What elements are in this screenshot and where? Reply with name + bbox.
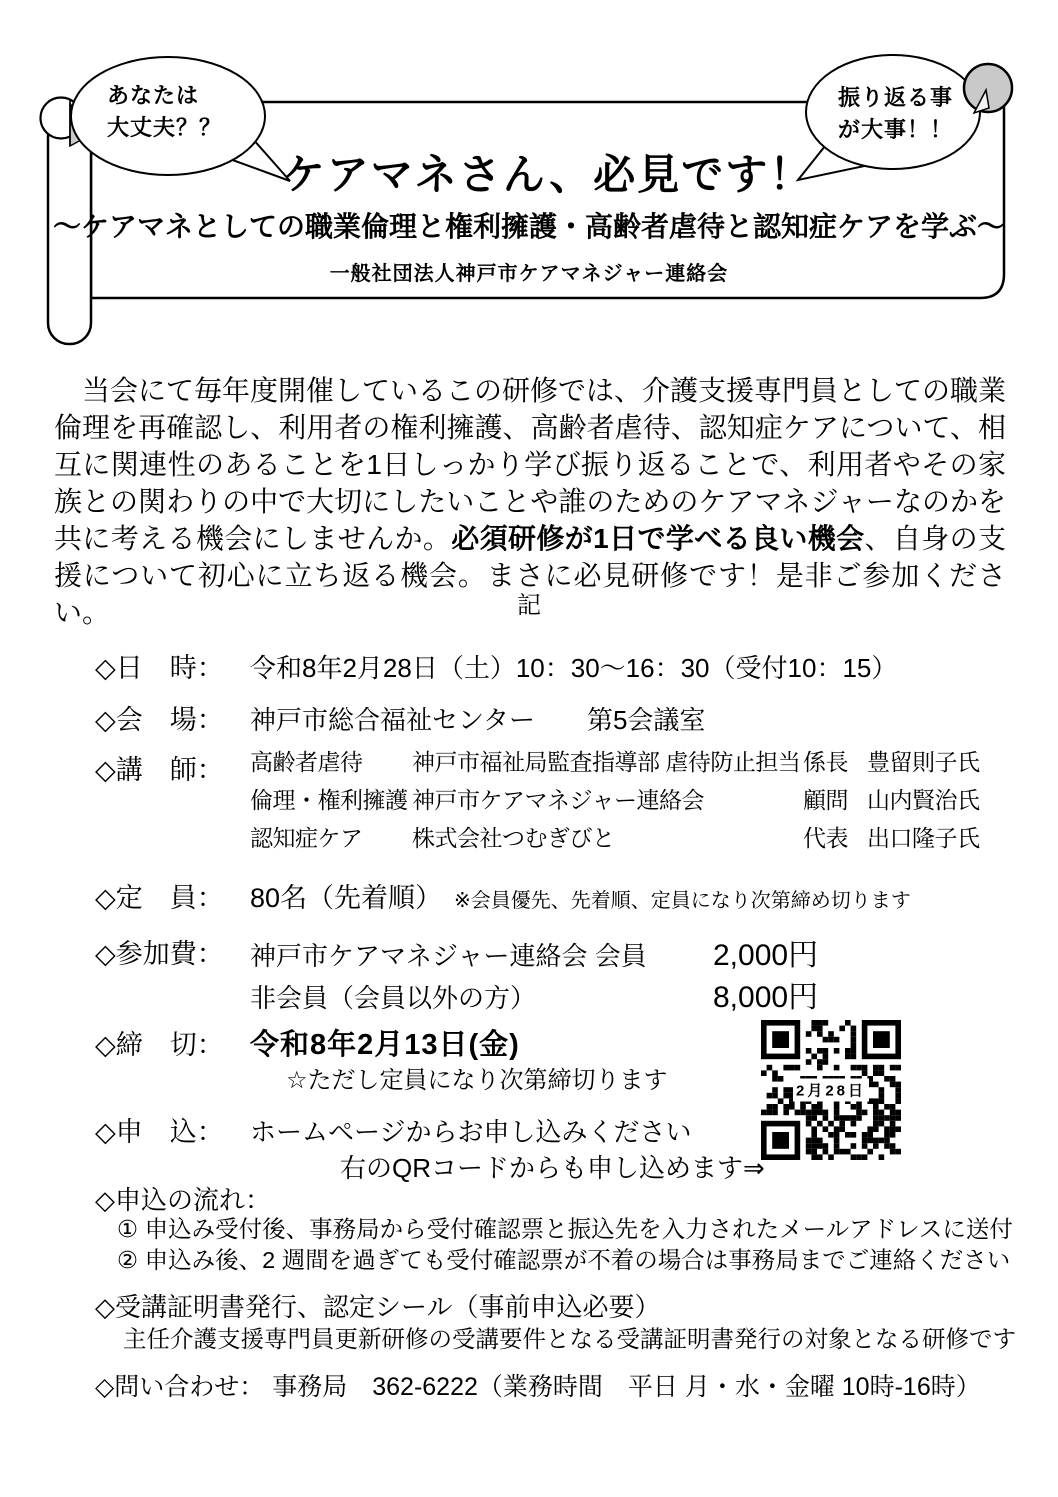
bubble-left-line2: 大丈夫？？ (107, 112, 222, 144)
venue-label: ◇会 場： (95, 698, 250, 737)
bubble-right-line2: が大事！！ (838, 114, 953, 146)
banner-corner-curl (964, 64, 1012, 113)
fee-nonmember-price: 8,000円 (713, 972, 818, 1016)
fee-label: ◇参加費： (95, 932, 250, 971)
lecturers-row: ◇講 師： (95, 748, 250, 787)
fee-nonmember-row: 非会員（会員以外の方） 8,000円 (250, 972, 818, 1014)
deadline-note: ☆ただし定員になり次第締切ります (286, 1060, 668, 1095)
lecturer-title: 代表 (803, 826, 867, 850)
flow-step-1: ① 申込み受付後、事務局から受付確認票と振込先を入力されたメールアドレスに送付 (117, 1210, 1013, 1244)
deadline-label: ◇締 切： (95, 1023, 250, 1062)
application-line1: ホームページからお申し込みください (250, 1112, 691, 1149)
capacity-value: 80名（先着順） (250, 876, 442, 915)
lecturer-org: 神戸市福祉局監査指導部 虐待防止担当 (412, 750, 803, 774)
lecturer-title: 係長 (803, 750, 867, 774)
fee-nonmember-category: 非会員（会員以外の方） (250, 978, 713, 1015)
lecturers-table: 高齢者虐待 神戸市福祉局監査指導部 虐待防止担当 係長 豊留則子氏 倫理・権利擁… (250, 750, 995, 850)
lecturer-topic: 高齢者虐待 (250, 750, 412, 774)
fee-row: ◇参加費： (95, 932, 250, 971)
lecturer-title: 顧問 (803, 788, 867, 812)
bubble-right-text: 振り返る事 が大事！！ (838, 82, 953, 146)
lecturer-topic: 倫理・権利擁護 (250, 788, 412, 812)
application-line2: 右のQRコードからも申し込めます⇒ (340, 1148, 765, 1185)
datetime-value: 令和8年2月28日（土）10：30～16：30（受付10：15） (250, 648, 897, 685)
page-title: ケアマネさん、必見です！ (90, 149, 1006, 201)
organization-name: 一般社団法人神戸市ケアマネジャー連絡会 (0, 259, 1058, 289)
datetime-row: ◇日 時： 令和8年2月28日（土）10：30～16：30（受付10：15） (95, 646, 897, 685)
qr-code-label: 2月28日 (793, 1079, 869, 1102)
certificate-note: 主任介護支援専門員更新研修の受講要件となる受講証明書発行の対象となる研修です (123, 1320, 1016, 1354)
contact-value: 事務局 362-6222（業務時間 平日 月・水・金曜 10時-16時） (272, 1367, 981, 1403)
capacity-label: ◇定 員： (95, 876, 250, 915)
lecturers-label: ◇講 師： (95, 748, 250, 787)
lecturer-name: 出口隆子氏 (867, 826, 995, 850)
contact-row: ◇問い合わせ： 事務局 362-6222（業務時間 平日 月・水・金曜 10時-… (95, 1367, 981, 1403)
lecturer-org: 神戸市ケアマネジャー連絡会 (412, 788, 803, 812)
deadline-value: 令和8年2月13日(金) (250, 1022, 520, 1063)
deadline-row: ◇締 切： 令和8年2月13日(金) (95, 1022, 520, 1063)
certificate-header: ◇受講証明書発行、認定シール（事前申込必要） (95, 1287, 660, 1324)
fee-member-category: 神戸市ケアマネジャー連絡会 会員 (250, 936, 713, 973)
intro-emphasis: 必須研修が1日で学べる良い機会 (451, 523, 864, 554)
bubble-right-line1: 振り返る事 (838, 82, 953, 114)
venue-value: 神戸市総合福祉センター 第5会議室 (250, 700, 705, 737)
application-label: ◇申 込： (95, 1110, 250, 1149)
record-mark: 記 (0, 592, 1058, 620)
application-row: ◇申 込： ホームページからお申し込みください (95, 1110, 691, 1149)
lecturer-topic: 認知症ケア (250, 826, 412, 850)
fee-table: 神戸市ケアマネジャー連絡会 会員 2,000円 非会員（会員以外の方） 8,00… (250, 930, 818, 1014)
page-subtitle: ～ケアマネとしての職業倫理と権利擁護・高齢者虐待と認知症ケアを学ぶ～ (0, 207, 1058, 247)
flow-step-2: ② 申込み後、2 週間を過ぎても受付確認票が不着の場合は事務局までご連絡ください (117, 1241, 1010, 1275)
bubble-left-text: あなたは 大丈夫？？ (107, 80, 222, 144)
lecturer-name: 山内賢治氏 (867, 788, 995, 812)
capacity-row: ◇定 員： 80名（先着順） ※会員優先、先着順、定員になり次第締め切ります (95, 876, 911, 915)
lecturer-org: 株式会社つむぎびと (412, 826, 803, 850)
datetime-label: ◇日 時： (95, 646, 250, 685)
lecturer-name: 豊留則子氏 (867, 750, 995, 774)
qr-code: 2月28日 (761, 1020, 901, 1160)
flyer-page: あなたは 大丈夫？？ 振り返る事 が大事！！ ケアマネさん、必見です！ ～ケアマ… (0, 0, 1058, 1497)
fee-member-price: 2,000円 (713, 930, 818, 974)
contact-label: ◇問い合わせ： (95, 1367, 264, 1403)
venue-row: ◇会 場： 神戸市総合福祉センター 第5会議室 (95, 698, 705, 737)
capacity-note: ※会員優先、先着順、定員になり次第締め切ります (454, 884, 911, 913)
fee-member-row: 神戸市ケアマネジャー連絡会 会員 2,000円 (250, 930, 818, 972)
bubble-left-line1: あなたは (107, 80, 222, 112)
